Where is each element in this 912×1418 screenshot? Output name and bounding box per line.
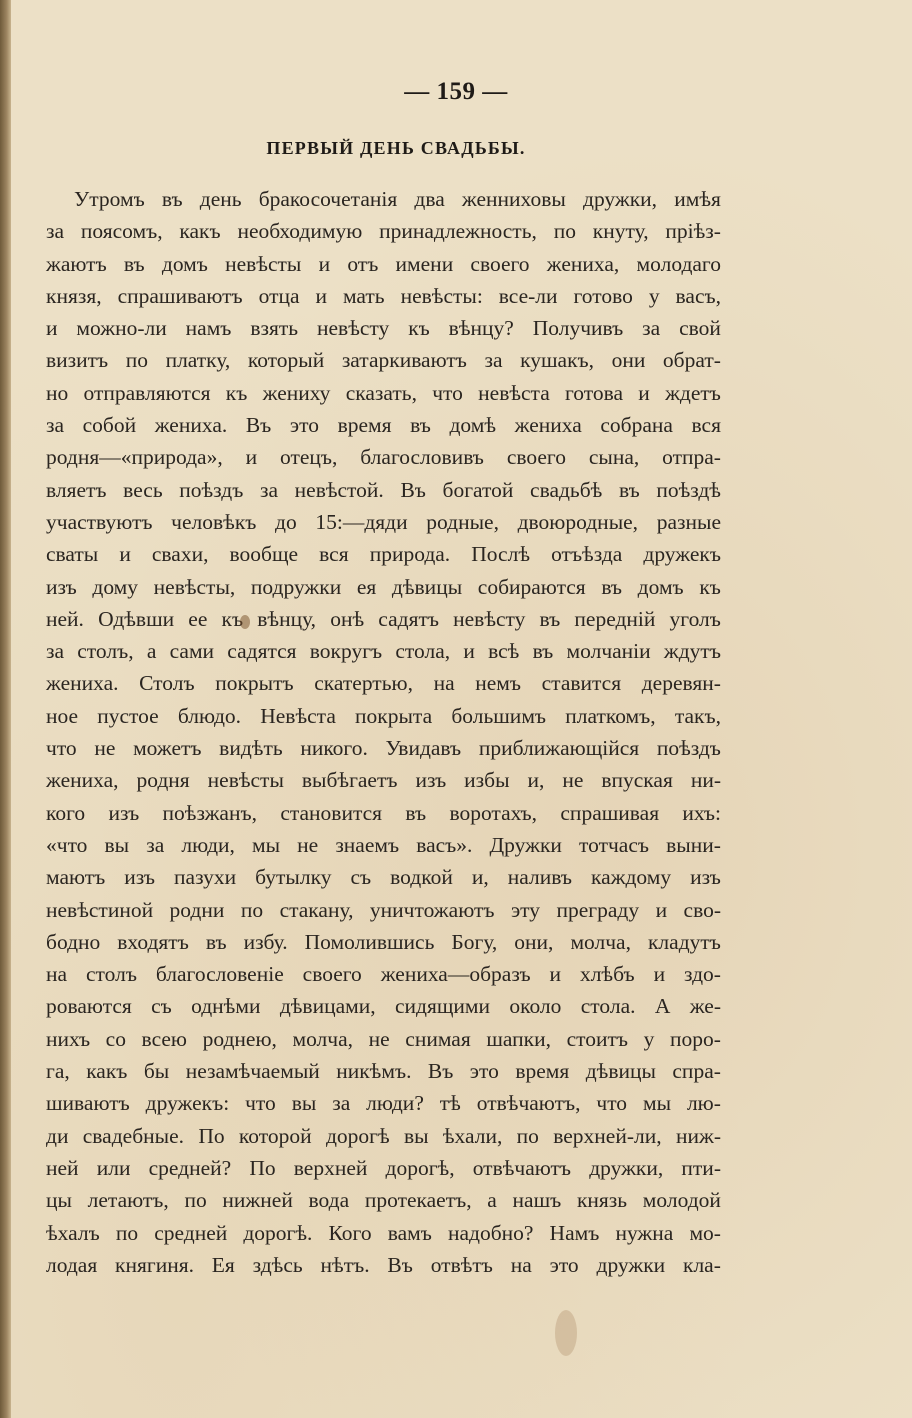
text-line: невѣстинойроднипостакану,уничтожаютъэтуп… <box>46 894 721 926</box>
text-line: ней.Одѣвшиеекъвѣнцу,онѣсадятъневѣстувъпе… <box>46 603 721 635</box>
paper-stain <box>240 615 250 629</box>
text-line: запоясомъ,какънеобходимуюпринадлежность,… <box>46 215 721 247</box>
body-text: Утромъвъденьбракосочетаніядваженниховыдр… <box>46 183 721 1281</box>
text-line: лодаякнягиня.Еяздѣсьнѣтъ.Въотвѣтънаэтодр… <box>46 1249 721 1281</box>
text-line: нихъсовсеюроднею,молча,неснимаяшапки,сто… <box>46 1023 721 1055</box>
text-line: га,какъбынезамѣчаемыйникѣмъ.Въэтовремядѣ… <box>46 1055 721 1087</box>
text-line: бодновходятъвъизбу.ПомолившисьБогу,они,м… <box>46 926 721 958</box>
text-line: жениха.Столъпокрытъскатертью,нанемъстави… <box>46 667 721 699</box>
text-line: участвуютъчеловѣкъдо15:—дядиродные,двоюр… <box>46 506 721 538</box>
text-line: маютъизъпазухибутылкусъводкойи,наливъкаж… <box>46 861 721 893</box>
text-line: сватыисвахи,вообщевсяприрода.Послѣотъѣзд… <box>46 538 721 570</box>
text-line: «чтовызалюди,мынезнаемъвасъ».Дружкитотча… <box>46 829 721 861</box>
text-line: изъдомуневѣсты,подружкиеядѣвицысобираютс… <box>46 571 721 603</box>
text-line: родня—«природа»,иотецъ,благословивъсвоег… <box>46 441 721 473</box>
text-line: князя,спрашиваютъотцаиматьневѣсты:все-ли… <box>46 280 721 312</box>
text-line: нейилисредней?Поверхнейдорогѣ,отвѣчаютъд… <box>46 1152 721 1184</box>
text-line: ноепустоеблюдо.Невѣстапокрытабольшимъпла… <box>46 700 721 732</box>
text-line: вляетъвесьпоѣздъзаневѣстой.Въбогатойсвад… <box>46 474 721 506</box>
book-page: — 159 — ПЕРВЫЙ ДЕНЬ СВАДЬБЫ. Утромъвъден… <box>0 0 912 1418</box>
book-binding-edge <box>0 0 11 1418</box>
text-line: цылетаютъ,понижнейводапротекаетъ,анашъкн… <box>46 1184 721 1216</box>
text-line: застолъ,асамисадятсявокругъстола,ивсѣвъм… <box>46 635 721 667</box>
text-line: ѣхалъпосреднейдорогѣ.Коговамънадобно?Нам… <box>46 1217 721 1249</box>
text-line: чтонеможетъвидѣтьникого.Увидавъприближаю… <box>46 732 721 764</box>
text-line: Утромъвъденьбракосочетаніядваженниховыдр… <box>46 183 721 215</box>
text-line: засобойжениха.Въэтовремявъдомѣженихасобр… <box>46 409 721 441</box>
text-line: дисвадебные.Покоторойдорогѣвыѣхали,повер… <box>46 1120 721 1152</box>
text-line: иможно-линамъвзятьневѣстукъвѣнцу?Получив… <box>46 312 721 344</box>
text-line: роваютсясъоднѣмидѣвицами,сидящимиоколост… <box>46 990 721 1022</box>
text-line: настолъблагословеніесвоегожениха—образъи… <box>46 958 721 990</box>
text-line: визитъпоплатку,которыйзатаркиваютъзакуша… <box>46 344 721 376</box>
paper-stain <box>555 1310 577 1356</box>
chapter-title: ПЕРВЫЙ ДЕНЬ СВАДЬБЫ. <box>0 138 852 159</box>
text-line: жаютъвъдомъневѣстыиотъименисвоегожениха,… <box>46 248 721 280</box>
text-line: когоизъпоѣзжанъ,становитсявъворотахъ,спр… <box>46 797 721 829</box>
text-line: ноотправляютсякъженихусказать,чтоневѣста… <box>46 377 721 409</box>
page-number: — 159 — <box>0 78 912 106</box>
text-line: жениха,родняневѣстывыбѣгаетъизъизбыи,нев… <box>46 764 721 796</box>
text-line: шиваютъдружекъ:чтовызалюди?тѣотвѣчаютъ,ч… <box>46 1087 721 1119</box>
